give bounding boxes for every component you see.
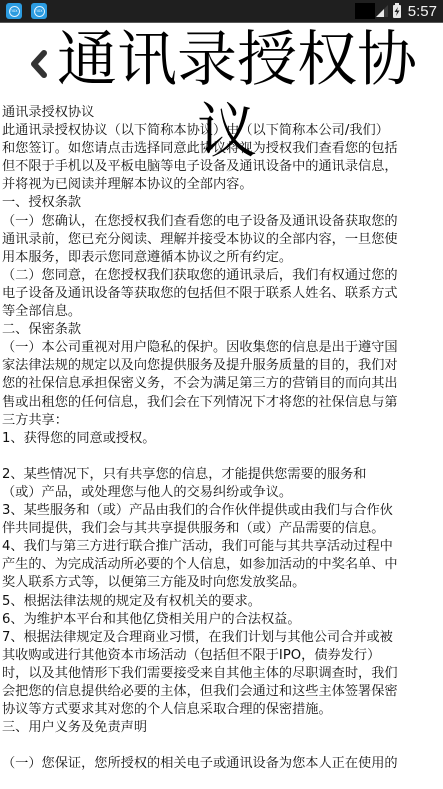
blank-line [2, 737, 442, 755]
chevron-left-icon[interactable] [28, 46, 50, 82]
agreement-text-line: （一）您确认，在您授权我们查看您的电子设备及通讯设备获取您的 [2, 213, 442, 231]
signal-icon [376, 5, 388, 17]
agreement-text-line: 二、保密条款 [2, 321, 442, 339]
agreement-text-line: 4、我们与第三方进行联合推广活动，我们可能与其共享活动过程中 [2, 538, 442, 556]
agreement-text-line: 售或出租您的任何信息，我们会在下列情况下才将您的社保信息与第 [2, 394, 442, 412]
page-title-line-1: 通讯录授权协 [57, 25, 417, 95]
agreement-text-line: （一）您保证，您所授权的相关电子或通讯设备为您本人正在使用的 [2, 755, 442, 773]
agreement-text-line: 2、某些情况下，只有共享您的信息，才能提供您需要的服务和 [2, 466, 442, 484]
agreement-text-line: 并将视为已阅读并理解本协议的全部内容。 [2, 176, 442, 194]
agreement-text-line: 用本服务，即表示您同意遵循本协议之所有约定。 [2, 249, 442, 267]
battery-charging-icon [393, 5, 401, 18]
page-title: 通讯录授权协 议 [57, 24, 417, 168]
agreement-text-line: 3、某些服务和（或）产品由我们的合作伙伴提供或由我们与合作伙 [2, 502, 442, 520]
status-indicators: 5:57 [355, 0, 443, 22]
agreement-text-line: （二）您同意，在您授权我们获取您的通讯录后，我们有权通过您的 [2, 267, 442, 285]
agreement-text-line: 产生的、为完成活动所必要的个人信息，如参加活动的中奖名单、中 [2, 556, 442, 574]
clock: 5:57 [408, 3, 437, 20]
nox-app-icon: nox [6, 3, 22, 19]
agreement-text-line: 时，以及其他情形下我们需要接受来自其他主体的尽职调查时，我们 [2, 665, 442, 683]
page-title-line-2: 议 [57, 96, 417, 168]
agreement-text-line: 一、授权条款 [2, 194, 442, 212]
agreement-text-line: 会把您的信息提供给必要的主体，但我们会通过和这些主体签署保密 [2, 683, 442, 701]
agreement-text-line: 等全部信息。 [2, 303, 442, 321]
agreement-text-line: 三方共享： [2, 412, 442, 430]
status-bar: nox nox 5:57 [0, 0, 443, 23]
agreement-text-line: 5、根据法律法规的规定及有权机关的要求。 [2, 593, 442, 611]
agreement-text-line: 7、根据法律规定及合理商业习惯，在我们计划与其他公司合并或被 [2, 629, 442, 647]
agreement-text-line: 家法律法规的规定以及向您提供服务及提升服务质量的目的，我们对 [2, 357, 442, 375]
agreement-text-line: 奖人联系方式等，以便第三方能及时向您发放奖品。 [2, 574, 442, 592]
agreement-text-line: 电子设备及通讯设备等获取您的包括但不限于联系人姓名、联系方式 [2, 285, 442, 303]
agreement-text-line: 伴共同提供，我们会与其共享提供服务和（或）产品需要的信息。 [2, 520, 442, 538]
agreement-text-line: 1、获得您的同意或授权。 [2, 430, 442, 448]
agreement-text-line: 三、用户义务及免责声明 [2, 719, 442, 737]
notification-placeholder [355, 3, 375, 19]
nox-app-icon: nox [31, 3, 47, 19]
agreement-text-line: 协议等方式要求其对您的个人信息采取合理的保密措施。 [2, 701, 442, 719]
agreement-text-line: 其收购或进行其他资本市场活动（包括但不限于IPO，债券发行） [2, 647, 442, 665]
agreement-text-line: （或）产品，或处理您与他人的交易纠纷或争议。 [2, 484, 442, 502]
agreement-text-line: （一）本公司重视对用户隐私的保护。因收集您的信息是出于遵守国 [2, 339, 442, 357]
agreement-text-line: 通讯录前，您已充分阅读、理解并接受本协议的全部内容，一旦您使 [2, 231, 442, 249]
blank-line [2, 448, 442, 466]
agreement-text-line: 6、为维护本平台和其他亿贷相关用户的合法权益。 [2, 611, 442, 629]
agreement-content: 通讯录授权协议此通讯录授权协议（以下简称本协议）由（以下简称本公司/我们）和您签… [2, 104, 442, 773]
agreement-text-line: 您的社保信息承担保密义务，不会为满足第三方的营销目的而向其出 [2, 375, 442, 393]
